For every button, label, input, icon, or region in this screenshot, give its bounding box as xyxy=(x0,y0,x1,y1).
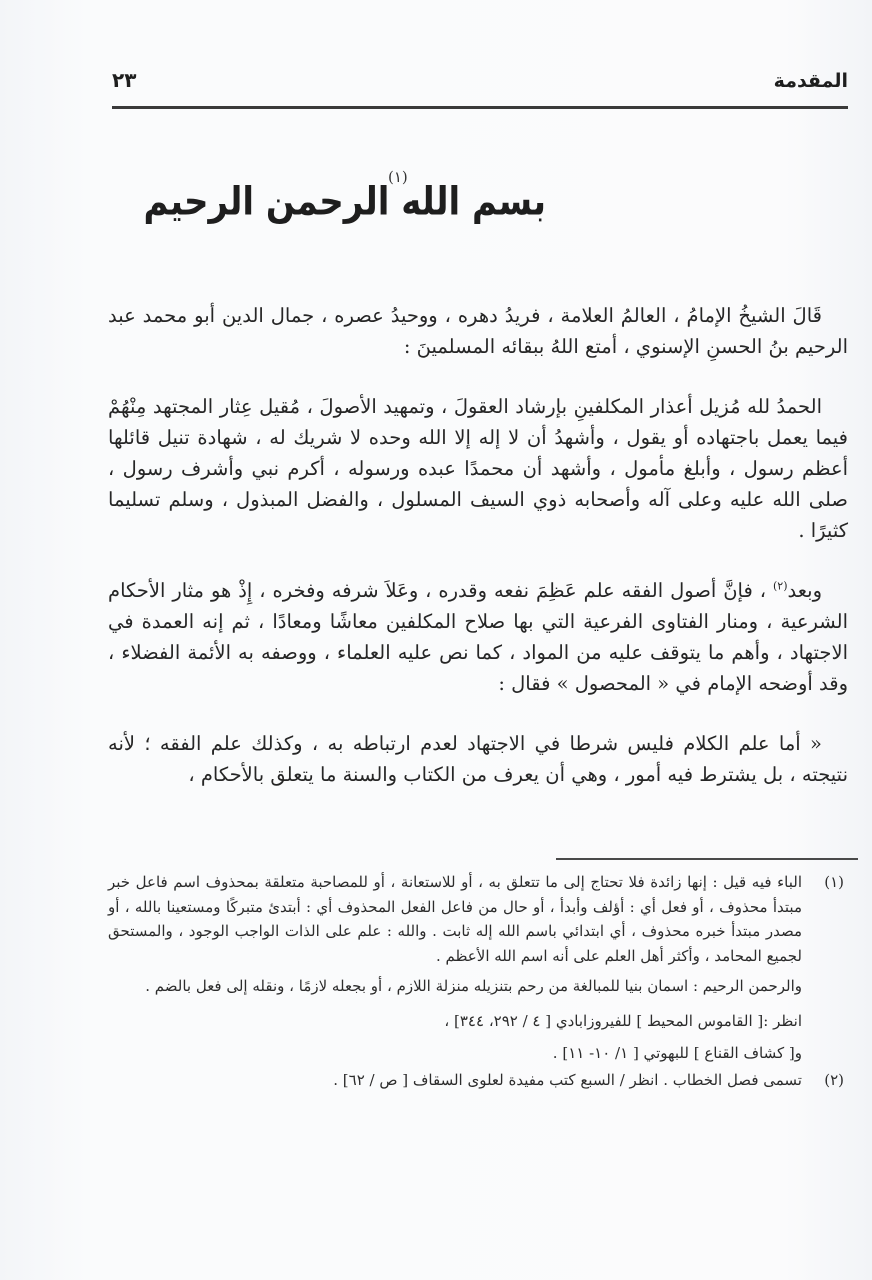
header-divider xyxy=(112,106,848,109)
book-page: المقدمة ٢٣ (١) بسم الله الرحمن الرحيم قَ… xyxy=(0,0,872,1280)
basmala-calligraphy: بسم الله الرحمن الرحيم xyxy=(143,179,546,225)
page-number: ٢٣ xyxy=(112,68,136,92)
reference-kashshaf: و[ كشاف القناع ] للبهوتي [ ١/ ١٠- ١١] . xyxy=(108,1041,802,1066)
hamdala-paragraph: الحمدُ لله مُزيل أعذار المكلفينِ بإرشاد … xyxy=(108,391,848,546)
footnote-1-references: انظر :[ القاموس المحيط ] للفيروزابادي [ … xyxy=(108,1009,844,1066)
intro-paragraph: قَالَ الشيخُ الإمامُ ، العالمُ العلامة ،… xyxy=(108,300,848,362)
footnote-2-text: تسمى فصل الخطاب . انظر / السبع كتب مفيدة… xyxy=(333,1071,802,1089)
running-header: المقدمة ٢٣ xyxy=(112,68,848,104)
wa-baad-lead: وبعد xyxy=(788,579,823,602)
footnote-ref-2: (٢) xyxy=(773,580,788,593)
footnote-2: (٢) تسمى فصل الخطاب . انظر / السبع كتب م… xyxy=(108,1068,844,1093)
footnote-1-number: (١) xyxy=(824,870,844,895)
footnote-1-rahman-note: والرحمن الرحيم : اسمان بنيا للمبالغة من … xyxy=(108,974,844,999)
main-text: قَالَ الشيخُ الإمامُ ، العالمُ العلامة ،… xyxy=(108,300,848,790)
basmala-block: (١) بسم الله الرحمن الرحيم xyxy=(330,158,570,258)
wa-baad-paragraph: وبعد(٢) ، فإنَّ أصول الفقه علم عَظِمَ نف… xyxy=(108,575,848,699)
footnote-divider xyxy=(556,858,858,860)
footnote-1: (١) الباء فيه قيل : إنها زائدة فلا تحتاج… xyxy=(108,870,844,968)
quote-paragraph: « أما علم الكلام فليس شرطا في الاجتهاد ل… xyxy=(108,728,848,790)
footnotes: (١) الباء فيه قيل : إنها زائدة فلا تحتاج… xyxy=(108,870,844,1092)
footnote-2-number: (٢) xyxy=(824,1068,844,1093)
footnote-1-text: الباء فيه قيل : إنها زائدة فلا تحتاج إلى… xyxy=(108,873,802,965)
chapter-title: المقدمة xyxy=(774,70,848,92)
wa-baad-text: ، فإنَّ أصول الفقه علم عَظِمَ نفعه وقدره… xyxy=(108,579,848,695)
reference-qamus: انظر :[ القاموس المحيط ] للفيروزابادي [ … xyxy=(108,1009,802,1034)
